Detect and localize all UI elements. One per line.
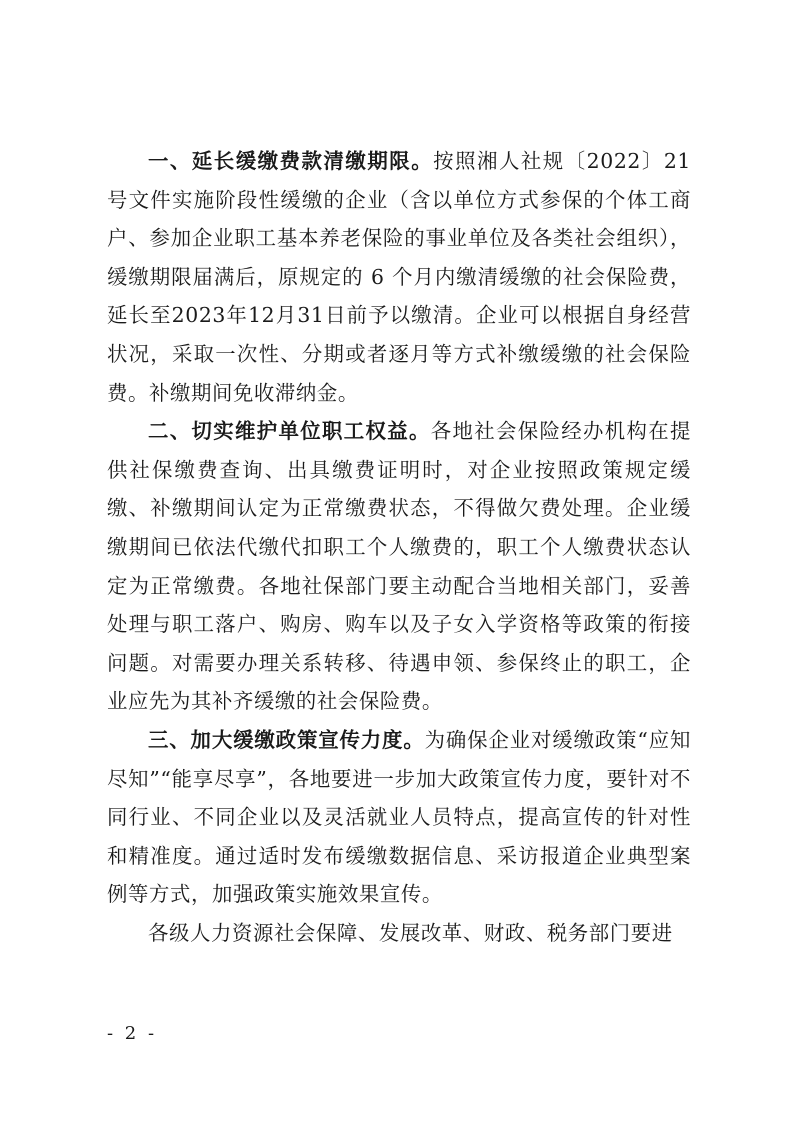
page-number: - 2 - <box>107 1023 157 1044</box>
paragraph-extend-payment-deadline: 一、延长缓缴费款清缴期限。按照湘人社规〔2022〕21号文件实施阶段性缓缴的企业… <box>107 142 691 412</box>
paragraph-policy-publicity: 三、加大缓缴政策宣传力度。为确保企业对缓缴政策“应知尽知”“能享尽享”，各地要进… <box>107 721 691 914</box>
document-page: 一、延长缓缴费款清缴期限。按照湘人社规〔2022〕21号文件实施阶段性缓缴的企业… <box>0 0 793 1122</box>
document-body: 一、延长缓缴费款清缴期限。按照湘人社规〔2022〕21号文件实施阶段性缓缴的企业… <box>107 142 691 952</box>
paragraph-text: 为确保企业对缓缴政策“应知尽知”“能享尽享”，各地要进一步加大政策宣传力度，要针… <box>107 728 691 906</box>
paragraph-text: 按照湘人社规〔2022〕21号文件实施阶段性缓缴的企业（含以单位方式参保的个体工… <box>107 149 691 405</box>
section-heading: 三、加大缓缴政策宣传力度。 <box>148 728 425 752</box>
section-heading: 一、延长缓缴费款清缴期限。 <box>148 149 433 173</box>
paragraph-text: 各级人力资源社会保障、发展改革、财政、税务部门要进 <box>148 921 673 945</box>
section-heading: 二、切实维护单位职工权益。 <box>148 419 431 443</box>
paragraph-text: 各地社会保险经办机构在提供社保缴费查询、出具缴费证明时，对企业按照政策规定缓缴、… <box>107 419 691 713</box>
paragraph-protect-employee-rights: 二、切实维护单位职工权益。各地社会保险经办机构在提供社保缴费查询、出具缴费证明时… <box>107 412 691 721</box>
paragraph-departments: 各级人力资源社会保障、发展改革、财政、税务部门要进 <box>107 914 691 953</box>
